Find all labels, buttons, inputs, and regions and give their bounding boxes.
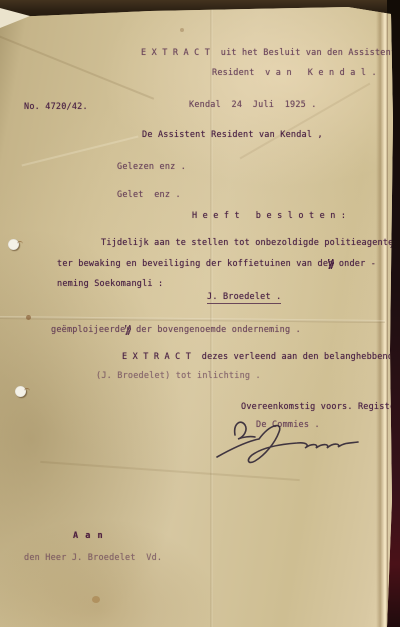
handwritten-signature (213, 417, 363, 471)
extract-clause-1: E X T R A C T dezes verleend aan den bel… (122, 352, 399, 362)
photo-of-document: E X T R A C T uit het Besluit van den As… (0, 0, 400, 627)
salutation: De Assistent Resident van Kendal , (142, 130, 323, 140)
punch-hole-bottom (15, 386, 26, 397)
ink-stain (26, 315, 31, 320)
underlined-name: J. Broedelet . (207, 292, 281, 304)
body-line-2-text-a: ter bewaking en beveiliging der koffietu… (57, 259, 328, 269)
consideration-gelezen: Gelezen enz . (117, 162, 186, 172)
paper-stain (92, 596, 100, 603)
body-line-2: ter bewaking en beveiliging der koffietu… (57, 259, 376, 269)
dateline: Kendal 24 Juli 1925 . (189, 100, 317, 110)
appointee-name: J. Broedelet . (207, 292, 281, 302)
struck-text: n (328, 259, 333, 269)
punch-hole-top (8, 239, 19, 250)
paper-stain (180, 28, 184, 32)
consideration-gelet: Gelet enz . (117, 190, 181, 200)
paper-fold-edge (376, 0, 388, 627)
body-line-1: Tijdelijk aan te stellen tot onbezoldigd… (101, 238, 399, 248)
vertical-crease (210, 0, 213, 627)
register-line: Overeenkomstig voors. Register; (241, 402, 400, 412)
header-line-1: E X T R A C T uit het Besluit van den As… (141, 48, 400, 58)
addressee-line: den Heer J. Broedelet Vd. (24, 553, 162, 563)
document-number: No. 4720/42. (24, 102, 88, 112)
body-line-4-text-a: geëmploijeerde (51, 325, 125, 335)
body-line-4: geëmploijeerder der bovengenoemde ondern… (51, 325, 301, 335)
document-sheet: E X T R A C T uit het Besluit van den As… (0, 0, 393, 627)
body-line-4-text-b: der bovengenoemde onderneming . (131, 325, 301, 335)
horizontal-crease (0, 316, 385, 323)
extract-clause-2: (J. Broedelet) tot inlichting . (96, 371, 261, 381)
body-line-1-text: Tijdelijk aan te stellen tot onbezoldigd… (101, 238, 388, 248)
decision-heading: H e e f t b e s l o t e n : (192, 211, 346, 221)
diagonal-crease (0, 34, 154, 100)
address-aan: A a n (73, 531, 104, 541)
struck-text: r (125, 325, 130, 335)
diagonal-crease (240, 83, 371, 160)
header-line-2: Resident v a n K e n d a l . (212, 68, 377, 78)
body-line-2-text-b: onder - (334, 259, 377, 269)
body-line-3: neming Soekomangli : (57, 279, 163, 289)
